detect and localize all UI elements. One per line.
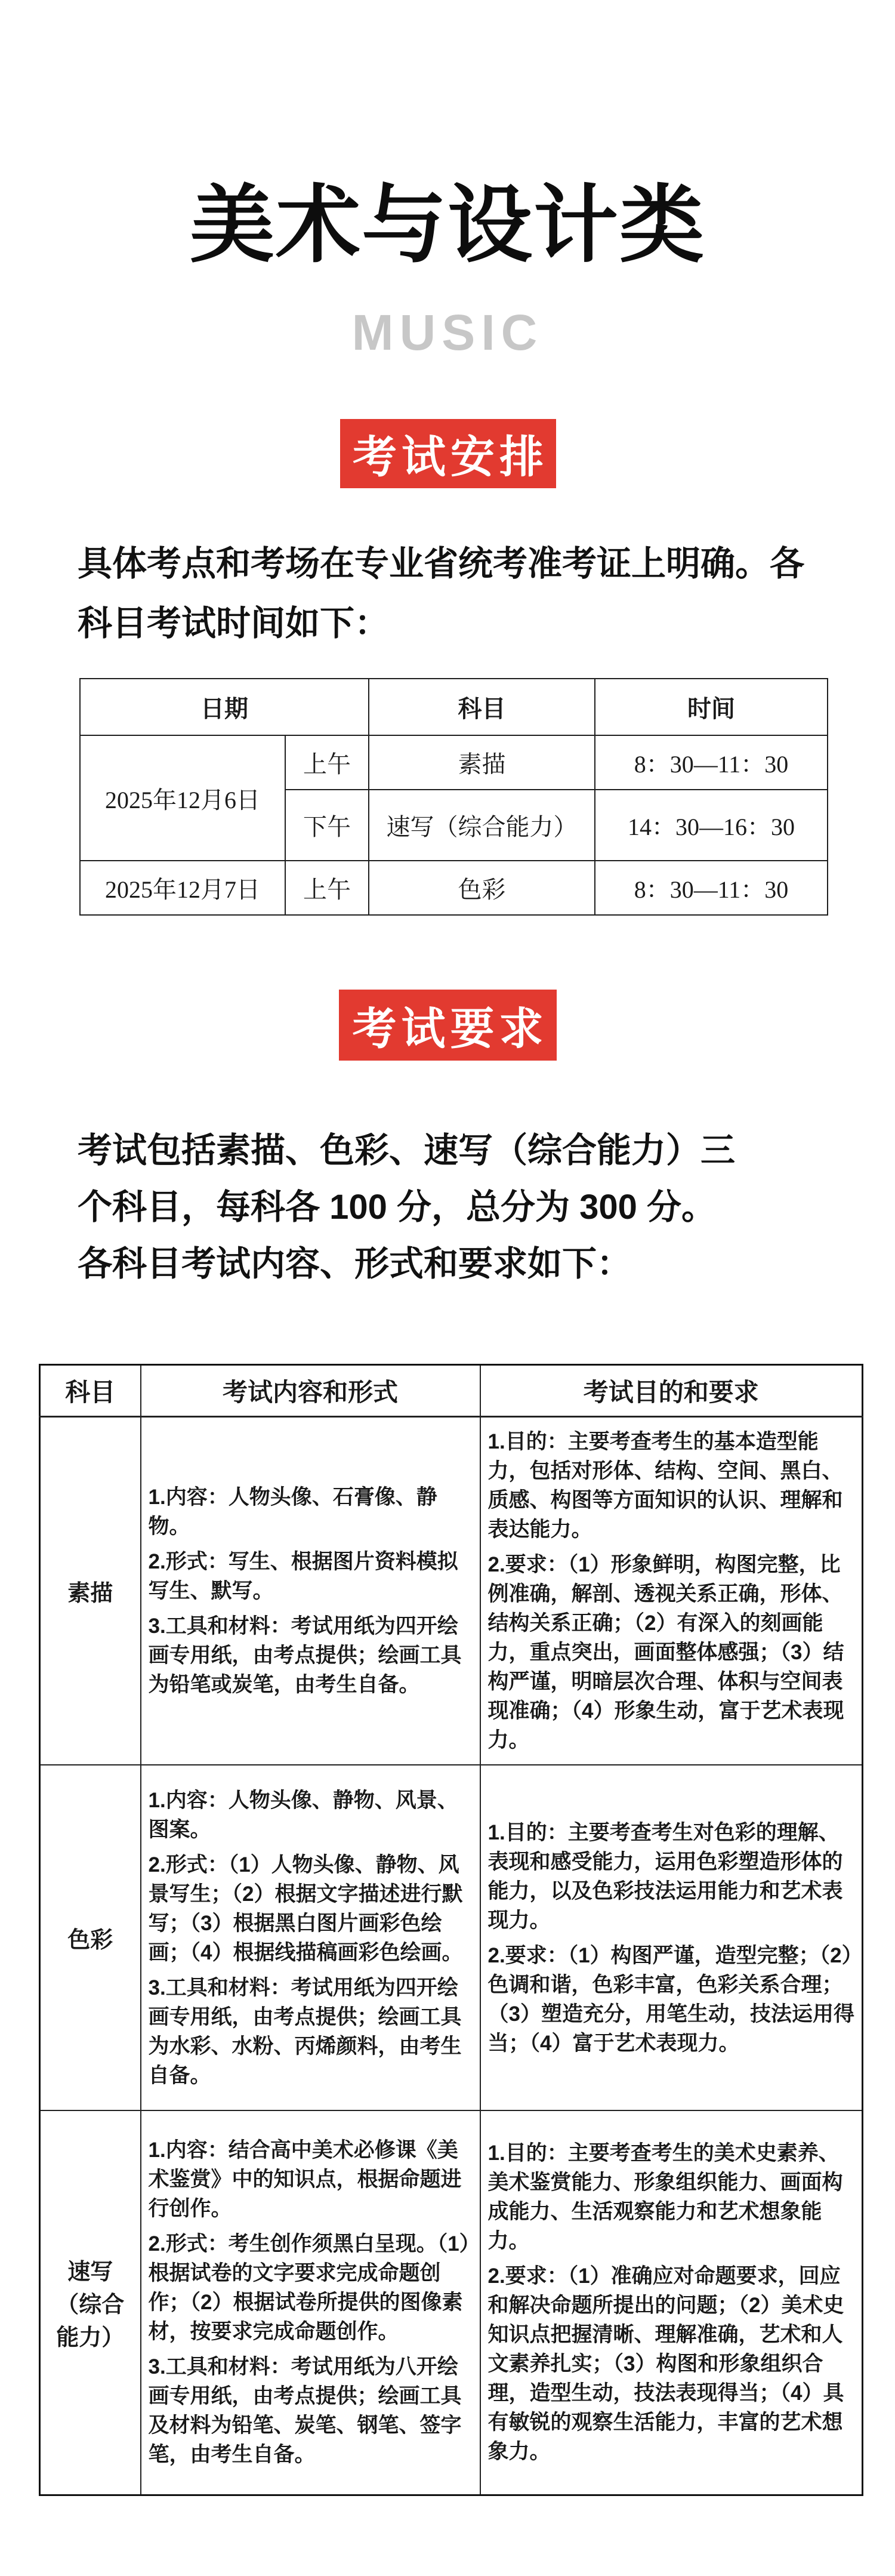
exam-requirements-table: 科目 考试内容和形式 考试目的和要求 素描 1.内容：人物头像、石膏像、静物。 …: [39, 1364, 863, 2496]
schedule-header-time: 时间: [595, 679, 828, 735]
requirements-intro-line-3: 各科目考试内容、形式和要求如下：: [78, 1235, 865, 1292]
subject-label-line: 能力）: [43, 2319, 138, 2352]
schedule-period-cell: 上午: [285, 861, 369, 915]
schedule-period-cell: 上午: [285, 735, 369, 790]
exam-requirements-badge: 考试要求: [339, 990, 557, 1061]
purpose-cell-color: 1.目的：主要考查考生对色彩的理解、表现和感受能力，运用色彩塑造形体的能力，以及…: [480, 1765, 863, 2110]
content-item: 3.工具和材料：考试用纸为八开绘画专用纸，由考点提供；绘画工具及材料为铅笔、炭笔…: [149, 2352, 473, 2469]
content-cell-quicksketch: 1.内容：结合高中美术必修课《美术鉴赏》中的知识点，根据命题进行创作。 2.形式…: [141, 2110, 480, 2495]
requirements-intro-line-1: 考试包括素描、色彩、速写（综合能力）三: [78, 1122, 865, 1179]
content-item: 2.形式：（1）人物头像、静物、风景写生；（2）根据文字描述进行默写；（3）根据…: [149, 1850, 473, 1967]
schedule-time-cell: 8：30—11：30: [595, 861, 828, 915]
exam-schedule-table: 日期 科目 时间 2025年12月6日 上午 素描 8：30—11：30 下午 …: [79, 678, 828, 916]
subject-label-line: 速写: [43, 2253, 138, 2286]
requirements-header-purpose: 考试目的和要求: [480, 1365, 863, 1417]
content-item: 3.工具和材料：考试用纸为四开绘画专用纸，由考点提供；绘画工具为水彩、水粉、丙烯…: [149, 1973, 473, 2090]
schedule-subject-cell: 色彩: [369, 861, 595, 915]
purpose-item: 1.目的：主要考查考生的美术史素养、美术鉴赏能力、形象组织能力、画面构成能力、生…: [488, 2139, 855, 2255]
purpose-item: 2.要求：（1）形象鲜明，构图完整，比例准确，解剖、透视关系正确，形体、结构关系…: [488, 1550, 855, 1755]
requirements-row-quicksketch: 速写 （综合 能力） 1.内容：结合高中美术必修课《美术鉴赏》中的知识点，根据命…: [40, 2110, 863, 2495]
schedule-header-subject: 科目: [369, 679, 595, 735]
content-item: 2.形式：写生、根据图片资料模拟写生、默写。: [149, 1547, 473, 1606]
purpose-item: 1.目的：主要考查考生对色彩的理解、表现和感受能力，运用色彩塑造形体的能力，以及…: [488, 1818, 855, 1935]
schedule-header-row: 日期 科目 时间: [80, 679, 828, 735]
schedule-time-cell: 14：30—16：30: [595, 790, 828, 861]
content-item: 1.内容：结合高中美术必修课《美术鉴赏》中的知识点，根据命题进行创作。: [149, 2136, 473, 2223]
requirements-row-sketch: 素描 1.内容：人物头像、石膏像、静物。 2.形式：写生、根据图片资料模拟写生、…: [40, 1417, 863, 1765]
purpose-cell-quicksketch: 1.目的：主要考查考生的美术史素养、美术鉴赏能力、形象组织能力、画面构成能力、生…: [480, 2110, 863, 2495]
content-cell-color: 1.内容：人物头像、静物、风景、图案。 2.形式：（1）人物头像、静物、风景写生…: [141, 1765, 480, 2110]
purpose-item: 2.要求：（1）准确应对命题要求，回应和解决命题所提出的问题；（2）美术史知识点…: [488, 2261, 855, 2466]
schedule-date-cell: 2025年12月6日: [80, 735, 285, 861]
requirements-row-color: 色彩 1.内容：人物头像、静物、风景、图案。 2.形式：（1）人物头像、静物、风…: [40, 1765, 863, 2110]
content-item: 1.内容：人物头像、石膏像、静物。: [149, 1483, 473, 1541]
requirements-intro-paragraph: 考试包括素描、色彩、速写（综合能力）三 个科目，每科各 100 分，总分为 30…: [78, 1122, 865, 1292]
schedule-intro-line-1: 具体考点和考场在专业省统考准考证上明确。各: [78, 534, 865, 594]
requirements-header-content: 考试内容和形式: [141, 1365, 480, 1417]
schedule-subject-cell: 素描: [369, 735, 595, 790]
schedule-subject-cell: 速写（综合能力）: [369, 790, 595, 861]
content-item: 1.内容：人物头像、静物、风景、图案。: [149, 1786, 473, 1844]
content-item: 3.工具和材料：考试用纸为四开绘画专用纸，由考点提供；绘画工具为铅笔或炭笔，由考…: [149, 1611, 473, 1699]
schedule-row: 2025年12月6日 上午 素描 8：30—11：30: [80, 735, 828, 790]
subject-label: 色彩: [43, 1921, 138, 1954]
exam-schedule-badge: 考试安排: [340, 419, 556, 488]
content-cell-sketch: 1.内容：人物头像、石膏像、静物。 2.形式：写生、根据图片资料模拟写生、默写。…: [141, 1417, 480, 1765]
subject-label-line: （综合: [43, 2286, 138, 2319]
requirements-header-subject: 科目: [40, 1365, 141, 1417]
purpose-item: 1.目的：主要考查考生的基本造型能力，包括对形体、结构、空间、黑白、质感、构图等…: [488, 1427, 855, 1544]
schedule-intro-paragraph: 具体考点和考场在专业省统考准考证上明确。各 科目考试时间如下：: [78, 534, 865, 654]
requirements-intro-line-2: 个科目，每科各 100 分，总分为 300 分。: [78, 1179, 865, 1235]
purpose-item: 2.要求：（1）构图严谨，造型完整；（2）色调和谐，色彩丰富，色彩关系合理；（3…: [488, 1941, 855, 2058]
schedule-date-cell: 2025年12月7日: [80, 861, 285, 915]
subject-cell-quicksketch: 速写 （综合 能力）: [40, 2110, 141, 2495]
music-watermark: MUSIC: [0, 307, 895, 358]
schedule-time-cell: 8：30—11：30: [595, 735, 828, 790]
schedule-intro-line-2: 科目考试时间如下：: [78, 594, 865, 654]
subject-cell-sketch: 素描: [40, 1417, 141, 1765]
requirements-header-row: 科目 考试内容和形式 考试目的和要求: [40, 1365, 863, 1417]
schedule-header-date: 日期: [80, 679, 369, 735]
content-item: 2.形式：考生创作须黑白呈现。（1）根据试卷的文字要求完成命题创作；（2）根据试…: [149, 2229, 473, 2346]
purpose-cell-sketch: 1.目的：主要考查考生的基本造型能力，包括对形体、结构、空间、黑白、质感、构图等…: [480, 1417, 863, 1765]
subject-cell-color: 色彩: [40, 1765, 141, 2110]
subject-label: 素描: [43, 1574, 138, 1607]
document-page: 美术与设计类 MUSIC 考试安排 具体考点和考场在专业省统考准考证上明确。各 …: [0, 0, 895, 2576]
schedule-row: 2025年12月7日 上午 色彩 8：30—11：30: [80, 861, 828, 915]
schedule-period-cell: 下午: [285, 790, 369, 861]
page-title: 美术与设计类: [0, 177, 895, 274]
